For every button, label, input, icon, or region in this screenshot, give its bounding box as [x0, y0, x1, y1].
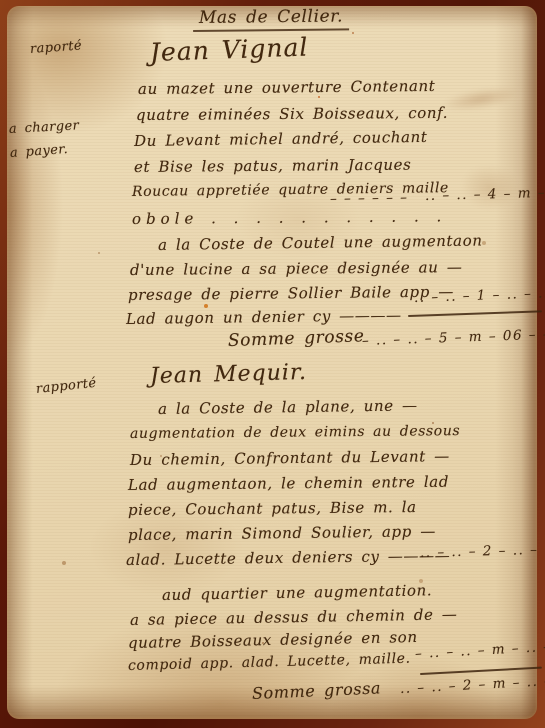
entry-line: au mazet une ouverture Contenant [138, 77, 436, 98]
somme-amount: .. – .. – 2 – m – .. – [400, 673, 545, 697]
entry-line: quatre eiminées Six Boisseaux, conf. [136, 104, 448, 124]
entry-line: obole . . . . . . . . . . . [132, 207, 446, 228]
entry-line: presage de pierre Sollier Baile app — [128, 283, 454, 304]
handwriting-layer: Mas de Cellier. raporté a charger a paye… [0, 0, 545, 728]
entry-heading-mequir: Jean Mequir. [150, 360, 308, 389]
somme-amount: – .. – .. – 5 – m – 06 – – [362, 326, 545, 349]
amount-value: – .. – .. – m – .. – [415, 639, 545, 662]
entry-line: Lad augmentaon, le chemin entre lad [128, 473, 449, 494]
somme-label: Somme grossa [252, 678, 382, 703]
entry-line: a la Coste de la plane, une — [158, 396, 418, 418]
margin-note-raporte: raporté [29, 38, 82, 57]
entry-line: aud quartier une augmentation. [162, 581, 432, 604]
entry-line: augmentation de deux eimins au dessous [130, 423, 460, 442]
margin-note-a-charger: a charger [9, 118, 80, 137]
entry-line: quatre Boisseaux designée en son [128, 628, 418, 652]
manuscript-photo: Mas de Cellier. raporté a charger a paye… [0, 0, 545, 728]
somme-label: Somme grosse [228, 326, 365, 351]
entry-line: a sa piece au dessus du chemin de — [130, 605, 458, 629]
margin-note-a-payer: a payer. [9, 142, 68, 161]
entry-line: piece, Couchant patus, Bise m. la [128, 498, 417, 519]
entry-heading-vignal: Jean Vignal [149, 32, 308, 67]
amount-value: .. – .. – 4 – m – 06 – [425, 184, 545, 204]
page-title: Mas de Cellier. [193, 6, 349, 32]
entry-line: place, marin Simond Soulier, app — [128, 522, 436, 544]
entry-line: et Bise les patus, marin Jacques [134, 156, 412, 176]
amount-value: .. – .. – 2 – .. – .. [420, 541, 545, 561]
margin-note-rapporte: rapporté [35, 376, 97, 397]
entry-line: a la Coste de Coutel une augmentaon [158, 231, 483, 254]
entry-line: Lad augon un denier cy ———— [126, 306, 402, 328]
amount-leader: – – – – – – [330, 190, 409, 207]
entry-line: Du Levant michel andré, couchant [134, 128, 428, 150]
amount-underline [408, 310, 542, 317]
entry-line: d'une lucine a sa piece designée au — [130, 258, 463, 279]
entry-line: compoid app. alad. Lucette, maille. [128, 651, 411, 674]
entry-line: Du chemin, Confrontant du Levant — [130, 447, 450, 469]
entry-line: alad. Lucette deux deniers cy ———— [126, 546, 451, 569]
